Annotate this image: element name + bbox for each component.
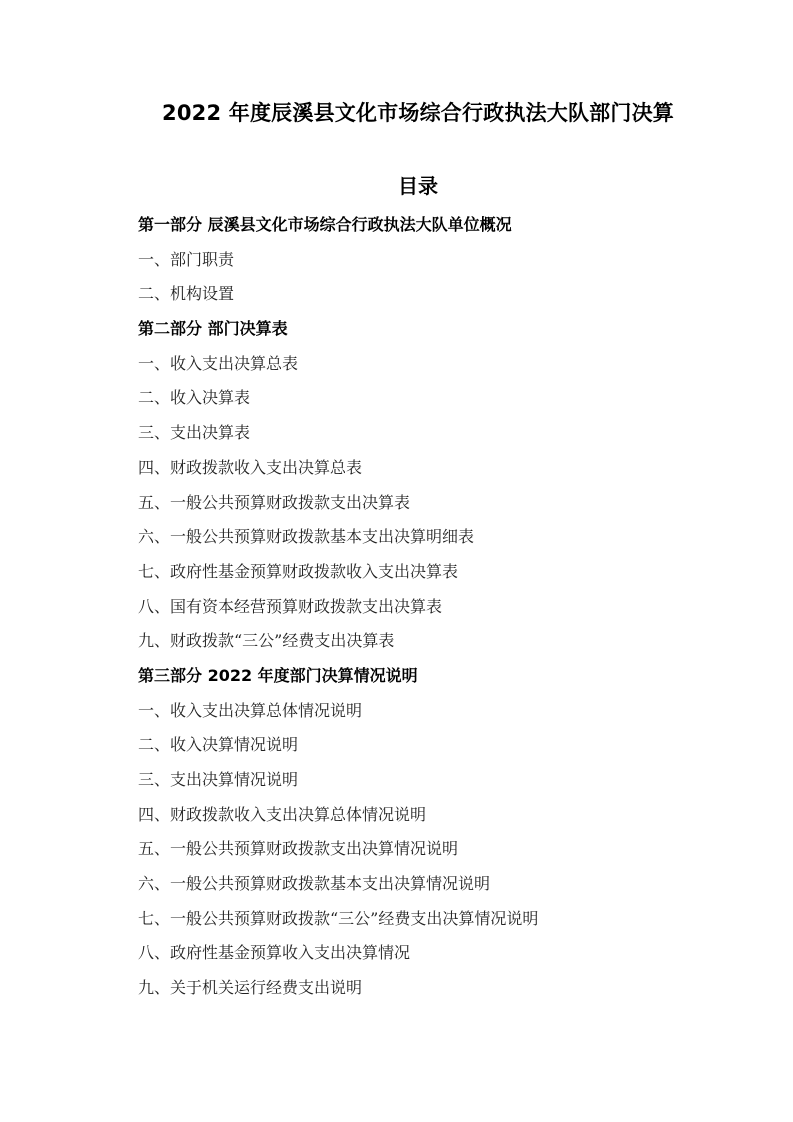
document-title: 2022 年度辰溪县文化市场综合行政执法大队部门决算 [138,97,698,130]
toc-item[interactable]: 七、一般公共预算财政拨款“三公”经费支出决算情况说明 [138,902,738,937]
toc-item[interactable]: 一、收入支出决算总表 [138,347,738,382]
toc-item[interactable]: 九、财政拨款“三公”经费支出决算表 [138,624,738,659]
toc-part-3[interactable]: 第三部分 2022 年度部门决算情况说明 [138,659,738,694]
toc-item[interactable]: 六、一般公共预算财政拨款基本支出决算明细表 [138,520,738,555]
toc-item[interactable]: 九、关于机关运行经费支出说明 [138,971,738,1006]
toc-heading: 目录 [0,172,793,200]
toc-part-2[interactable]: 第二部分 部门决算表 [138,312,738,347]
document-page: 2022 年度辰溪县文化市场综合行政执法大队部门决算 目录 第一部分 辰溪县文化… [0,0,793,1122]
toc-item[interactable]: 五、一般公共预算财政拨款支出决算表 [138,486,738,521]
toc-item[interactable]: 二、收入决算表 [138,381,738,416]
toc-item[interactable]: 一、部门职责 [138,243,738,278]
toc-item[interactable]: 四、财政拨款收入支出决算总表 [138,451,738,486]
toc-item[interactable]: 二、收入决算情况说明 [138,728,738,763]
toc-item[interactable]: 二、机构设置 [138,277,738,312]
toc-part-1[interactable]: 第一部分 辰溪县文化市场综合行政执法大队单位概况 [138,208,738,243]
toc-item[interactable]: 八、政府性基金预算收入支出决算情况 [138,936,738,971]
table-of-contents: 第一部分 辰溪县文化市场综合行政执法大队单位概况 一、部门职责 二、机构设置 第… [138,208,738,1006]
toc-item[interactable]: 八、国有资本经营预算财政拨款支出决算表 [138,590,738,625]
toc-item[interactable]: 四、财政拨款收入支出决算总体情况说明 [138,798,738,833]
toc-item[interactable]: 一、收入支出决算总体情况说明 [138,694,738,729]
toc-item[interactable]: 七、政府性基金预算财政拨款收入支出决算表 [138,555,738,590]
toc-item[interactable]: 三、支出决算情况说明 [138,763,738,798]
toc-item[interactable]: 六、一般公共预算财政拨款基本支出决算情况说明 [138,867,738,902]
toc-item[interactable]: 五、一般公共预算财政拨款支出决算情况说明 [138,832,738,867]
toc-item[interactable]: 三、支出决算表 [138,416,738,451]
